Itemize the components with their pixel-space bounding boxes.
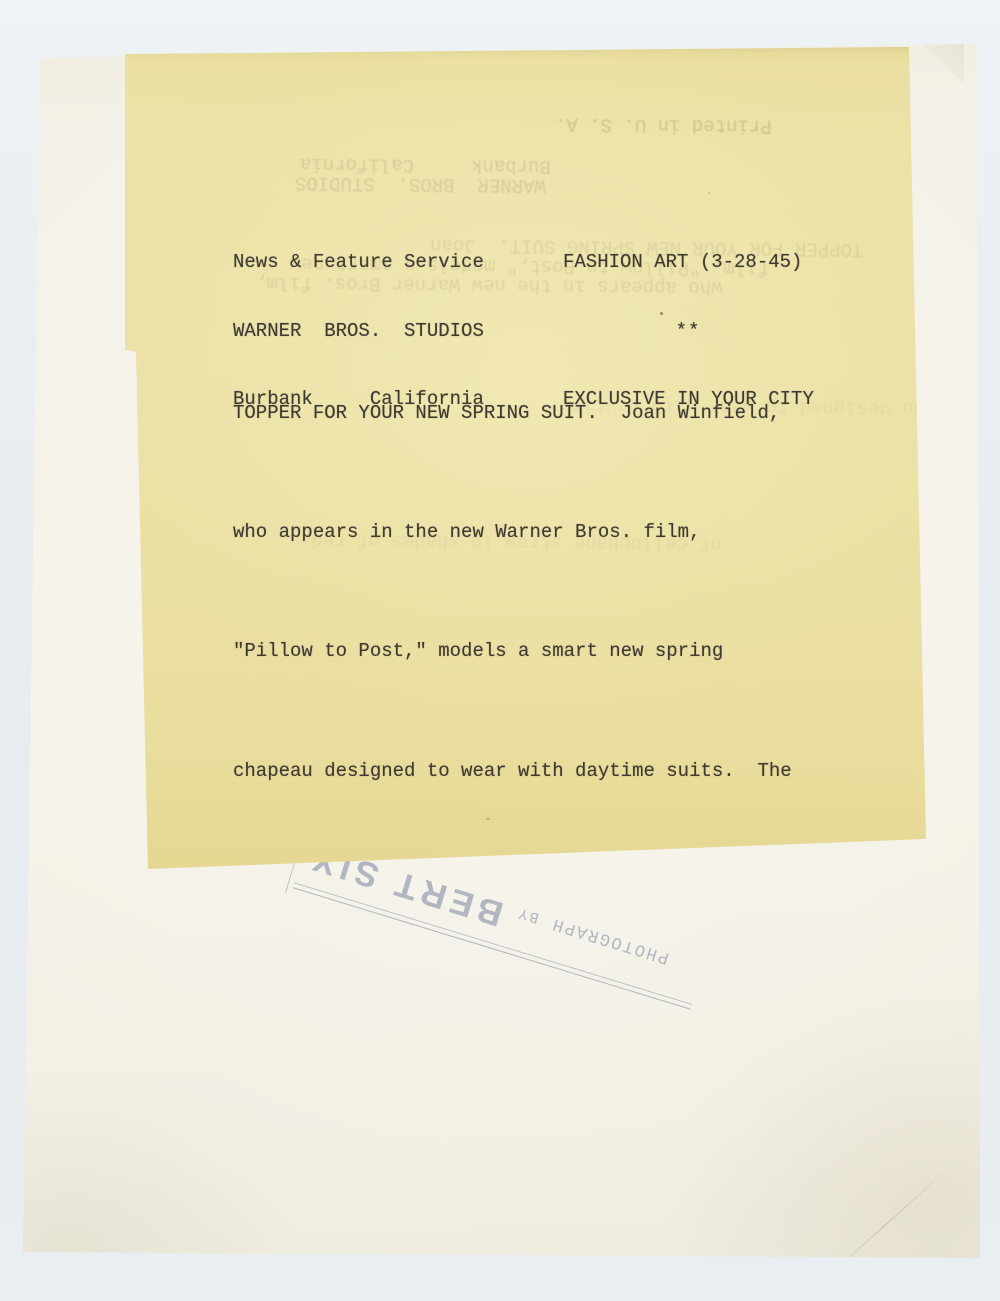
paper-speck	[486, 818, 490, 820]
bleed-through-text: Printed in U. S. A.	[555, 113, 772, 137]
stamp-word-photograph: PHOTOGRAPH	[549, 913, 671, 967]
caption-line: chapeau designed to wear with daytime su…	[233, 752, 792, 792]
caption-line: who appears in the new Warner Bros. film…	[233, 513, 792, 553]
release-title-date-line: FASHION ART (3-28-45)	[563, 251, 813, 274]
paper-speck	[708, 192, 710, 194]
paper-speck	[660, 312, 663, 315]
paper-corner-crease	[921, 44, 964, 84]
bleed-through-text: WARNER BROS. STUDIOS	[295, 172, 546, 197]
caption-line: "Pillow to Post," models a smart new spr…	[233, 632, 792, 672]
service-name-line: News & Feature Service	[233, 251, 484, 274]
press-snipe-sheet: Printed in U. S. A. Burbank California W…	[123, 44, 929, 874]
paper-crease-line	[823, 1166, 950, 1280]
scanned-press-photo-back: PHOTOGRAPH BY BERT SIX COPYRIGHT Printed…	[0, 0, 1000, 1301]
caption-line: TOPPER FOR YOUR NEW SPRING SUIT. Joan Wi…	[233, 394, 792, 434]
stamp-word-by: BY	[515, 903, 541, 926]
